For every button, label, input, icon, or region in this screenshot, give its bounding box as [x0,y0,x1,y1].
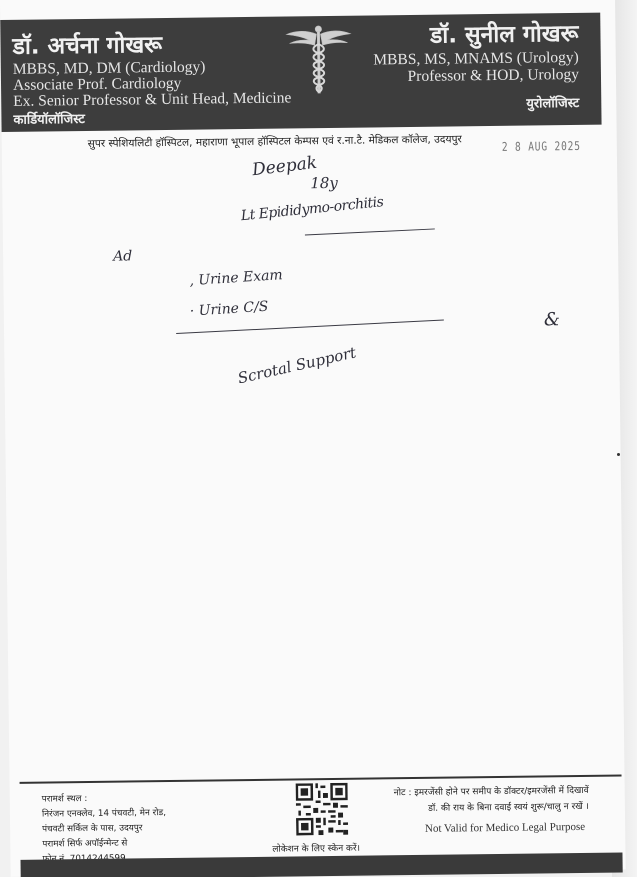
test-item: · Urine C/S [189,299,269,320]
address-line: परामर्श स्थल : [42,791,166,808]
qr-caption: लोकेशन के लिए स्केन करें। [272,841,360,855]
left-doctor-name: डॉ. अर्चना गोखरू [12,28,290,61]
footer-divider [20,774,622,783]
scan-speck [617,453,620,456]
address-line: परामर्श सिर्फ अपॉईन्मेन्ट से [42,836,166,853]
right-doctor-specialty: युरोलॉजिस्ट [374,95,580,116]
letterhead: डॉ. अर्चना गोखरू MBBS, MD, DM (Cardiolog… [0,13,601,132]
legal-notice: Not Valid for Medico Legal Purpose [425,821,585,835]
patient-age: 18y [310,174,338,192]
advice-underline [176,319,444,334]
test-item: , Urine Exam [189,267,283,289]
signature-mark: & [544,309,560,330]
hospital-address: सुपर स्पेशियलिटी हॉस्पिटल, महाराणा भूपाल… [88,132,462,151]
right-doctor-title: Professor & HOD, Urology [373,66,579,86]
caduceus-icon [285,22,352,99]
left-doctor-block: डॉ. अर्चना गोखरू MBBS, MD, DM (Cardiolog… [12,28,291,129]
right-doctor-name: डॉ. सुनील गोखरू [373,19,579,52]
note-line: डॉ. की राय के बिना दवाई स्वयं शुरू/चालु … [394,799,589,817]
emergency-note: नोट : इमरजेंसी होने पर समीप के डॉक्टर/इम… [394,783,589,817]
diagnosis-underline [305,228,435,236]
qr-code-icon[interactable] [296,783,349,836]
left-doctor-specialty: कार्डियॉलॉजिस्ट [13,108,291,129]
diagnosis: Lt Epididymo-orchitis [240,194,384,224]
address-line: पंचवटी सर्किल के पास, उदयपुर [42,821,166,838]
date-stamp: 2 8 AUG 2025 [502,139,581,154]
address-line: निरंजन एनक्लेव, 14 पंचवटी, मेन रोड, [42,806,166,823]
left-doctor-former-title: Ex. Senior Professor & Unit Head, Medici… [13,90,291,109]
right-doctor-block: डॉ. सुनील गोखरू MBBS, MS, MNAMS (Urology… [373,19,580,116]
advice-label: Ad [113,248,132,264]
consultation-address: परामर्श स्थल : निरंजन एनक्लेव, 14 पंचवटी… [42,791,167,868]
instruction: Scrotal Support [236,343,358,387]
patient-name: Deepak [251,153,318,180]
prescription-page: डॉ. अर्चना गोखरू MBBS, MD, DM (Cardiolog… [0,0,626,877]
